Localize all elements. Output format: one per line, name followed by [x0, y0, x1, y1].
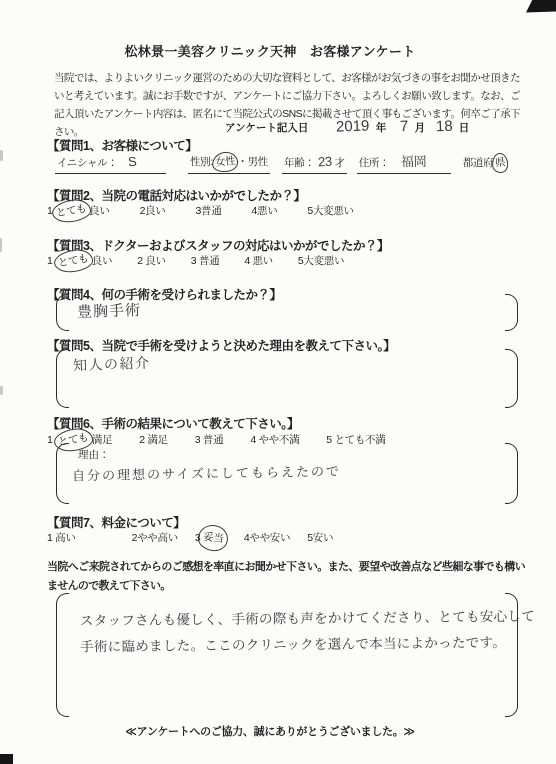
question6-reason-box: 理由： 自分の理想のサイズにしてもらえたので: [56, 443, 518, 504]
q7-selection-circle: 妥当: [197, 523, 230, 553]
answer-box-left-bracket: [56, 593, 69, 717]
initial-field: イニシャル： S: [55, 154, 166, 174]
question1-fields-row: イニシャル： S 性別: 女性 ・男性 年齢： 23 才 住所： 福岡 都道府 …: [55, 151, 508, 174]
handwritten-comment: スタッフさんも優しく、手術の際も声をかけてくださり、とても安心して手術に臨めまし…: [80, 604, 539, 661]
survey-scan-page: 松林景一美容クリニック天神 お客様アンケート 当院では、よりよいクリニック運営の…: [0, 0, 556, 764]
thank-you-footer: ≪アンケートへのご協力、誠にありがとうございました。≫: [0, 723, 540, 739]
scan-artifact-top-right: [526, 0, 556, 13]
question5-answer-box: 知人の紹介: [56, 349, 518, 408]
question7-header: 【質問7、料金について】: [47, 513, 185, 531]
q3-option-1-selected: 1 とても良い: [47, 253, 112, 269]
answer-box-right-bracket: [505, 294, 518, 331]
q6-reason-label: 理由：: [78, 447, 110, 462]
gender-field: 性別: 女性 ・男性: [188, 154, 270, 174]
q7-option-4: 4やや安い: [244, 530, 290, 545]
q4-handwritten-answer: 豊胸手術: [77, 299, 142, 322]
initial-label: イニシャル：: [57, 155, 118, 170]
question3-options-row: 1 とても良い 2 良い 3 普通 4 悪い 5大変悪い: [47, 253, 369, 269]
q7-option-3-selected: 3妥当: [195, 530, 227, 546]
initial-handwritten-value: S: [127, 154, 136, 170]
q6-handwritten-reason: 自分の理想のサイズにしてもらえたので: [72, 461, 341, 485]
q2-option-1-selected: 1とても良い: [47, 203, 110, 219]
address-label: 住所：: [359, 155, 390, 170]
prefecture-label: 都道府: [463, 155, 494, 170]
question7-options-row: 1 高い 2やや高い 3妥当 4やや安い 5安い: [47, 530, 350, 546]
date-day-handwritten: 18: [436, 118, 453, 136]
gender-label: 性別:: [190, 154, 213, 169]
q3-option-2: 2 良い: [137, 253, 166, 268]
prefecture-field: 都道府 県: [463, 155, 508, 174]
scan-artifact-bottom-left: [0, 754, 13, 764]
date-year-unit: 年: [376, 120, 387, 135]
gender-other-option: ・男性: [237, 154, 268, 169]
q2-option-1-rest: 良い: [89, 205, 109, 217]
age-handwritten-value: 23: [317, 154, 332, 170]
question2-options-row: 1とても良い 2良い 3普通 4悪い 5大変悪い: [47, 203, 384, 219]
q7-option-2: 2やや高い: [132, 530, 178, 545]
q3-option-4: 4 悪い: [244, 253, 273, 268]
q2-option-4: 4悪い: [251, 203, 277, 218]
date-month-handwritten: 7: [400, 118, 409, 135]
scan-smudge: [0, 150, 3, 161]
prefecture-selected-circle: 県: [491, 152, 509, 174]
q5-handwritten-answer: 知人の紹介: [73, 353, 151, 376]
q3-option-5: 5大変悪い: [298, 253, 344, 268]
q7-option-5: 5安い: [307, 530, 333, 545]
date-year-handwritten: 2019: [336, 117, 370, 135]
scan-smudge: [0, 386, 3, 395]
q3-option-3: 3 普通: [191, 253, 220, 268]
address-handwritten-value: 福岡: [401, 151, 427, 170]
date-label: アンケート記入日: [225, 120, 308, 135]
feedback-prompt: 当院へご来院されてからのご感想を率直にお聞かせ下さい。また、要望や改善点など些細…: [47, 558, 525, 596]
answer-box-right-bracket: [505, 349, 518, 408]
answer-box-right-bracket: [505, 443, 518, 504]
survey-date-row: アンケート記入日 2019 年 7 月 18 日: [225, 118, 469, 135]
q2-option-5: 5大変悪い: [307, 203, 353, 218]
form-title: 松林景一美容クリニック天神 お客様アンケート: [0, 41, 540, 60]
q2-option-2: 2良い: [140, 203, 166, 218]
date-day-unit: 日: [459, 120, 470, 135]
scan-smudge: [0, 238, 2, 252]
answer-box-left-bracket: [56, 349, 69, 408]
answer-box-left-bracket: [56, 443, 69, 504]
address-field: 住所： 福岡: [357, 151, 451, 174]
gender-selected-circle: 女性: [211, 151, 239, 174]
q7-option-1: 1 高い: [47, 530, 76, 545]
age-label: 年齢：: [284, 155, 315, 170]
q2-option-3: 3普通: [196, 203, 222, 218]
question3-header: 【質問3、ドクターおよびスタッフの対応はいかがでしたか？】: [47, 236, 389, 254]
question4-answer-box: 豊胸手術: [56, 294, 518, 331]
answer-box-left-bracket: [56, 294, 69, 331]
q3-option-1-rest: 良い: [92, 255, 112, 267]
age-field: 年齢： 23 才: [282, 154, 347, 174]
age-unit: 才: [334, 155, 344, 170]
date-month-unit: 月: [415, 120, 426, 135]
feedback-comment-box: スタッフさんも優しく、手術の際も声をかけてくださり、とても安心して手術に臨めまし…: [56, 593, 518, 717]
